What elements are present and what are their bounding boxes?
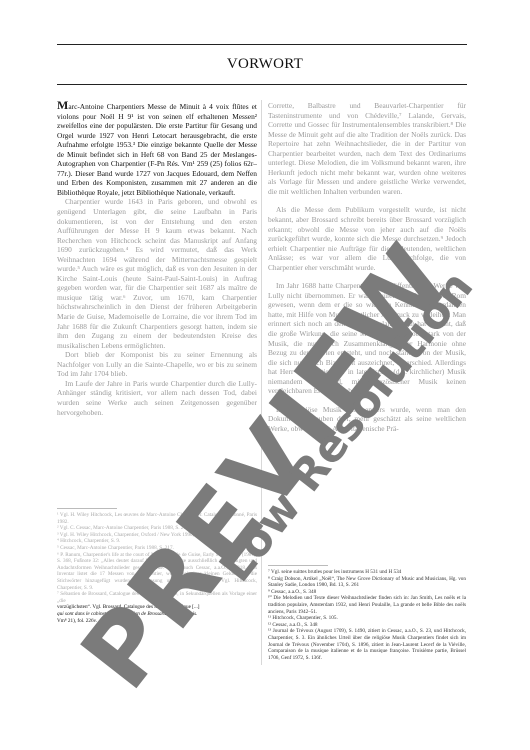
footnote: ⁸ Craig Dobson, Artikel „Noël“, The New … (268, 576, 466, 589)
paragraph-1: Corrette, Balbastre und Beauvarlet-Charp… (268, 101, 466, 196)
right-text-column: Corrette, Balbastre und Beauvarlet-Charp… (268, 101, 466, 434)
paragraph-3: Im Jahr 1688 hatte Charpentier die veröf… (268, 281, 466, 396)
footnote-separator (57, 508, 117, 509)
footnote-tail: qui sont dans le cabinet du Sr Sebastien… (57, 611, 257, 618)
footnote: ⁷ Sébastien de Brossard, Catalogue des l… (57, 591, 257, 604)
footnote: ⁵ Cessac, Marc-Antoine Charpentier, Pari… (57, 545, 257, 552)
footnote: ⁴ Hitchcock, Charpentier, S. 9. (57, 538, 257, 545)
title-top-rule (57, 44, 467, 45)
document-page: VORWORT Marc-Antoine Charpentiers Messe … (0, 0, 530, 750)
paragraph-4: Die religiöse Musik Charpentiers wurde, … (268, 405, 466, 434)
drop-cap: M (57, 98, 68, 112)
paragraph-1: Marc-Antoine Charpentiers Messe de Minui… (57, 101, 257, 197)
footnote-tail: vorzüglichsten“. Vgl. Brossard, Catalogu… (57, 604, 257, 611)
footnote: ² Vgl. C. Cessac, Marc-Antoine Charpenti… (57, 525, 257, 532)
footnote: ⁶ P. Ranum, Charpentier's life at the co… (57, 552, 257, 592)
paragraph-3: Dort blieb der Komponist bis zu seiner E… (57, 350, 257, 379)
column-divider (261, 100, 262, 665)
footnote: ³ Vgl. H. Wiley Hitchcock, Charpentier, … (57, 532, 257, 539)
footnote: ¹ Vgl. H. Wiley Hitchcock, Les œuvres de… (57, 512, 257, 525)
right-footnotes: ⁷ Vgl. seine suittes brutles pour les in… (268, 565, 466, 661)
left-text-column: Marc-Antoine Charpentiers Messe de Minui… (57, 101, 257, 417)
footnote: ¹³ Journal de Trévoux (August 1709), S. … (268, 628, 466, 661)
footnote: ¹¹ Hitchcock, Charpentier, S. 105. (268, 615, 466, 622)
title-bottom-rule (57, 84, 467, 85)
left-footnotes: ¹ Vgl. H. Wiley Hitchcock, Les œuvres de… (57, 508, 257, 624)
footnote: ¹⁰ Die Melodien und Texte dieser Weihnac… (268, 595, 466, 615)
footnote-tail: Vm⁸ 21), fol. 226v. (57, 618, 257, 625)
paragraph-2: Als die Messe dem Publikum vorgestellt w… (268, 205, 466, 272)
paragraph-4: Im Laufe der Jahre in Paris wurde Charpe… (57, 379, 257, 417)
footnote-separator (268, 565, 328, 566)
page-title: VORWORT (0, 56, 530, 73)
paragraph-2: Charpentier wurde 1643 in Paris geboren,… (57, 197, 257, 350)
footnote: ⁷ Vgl. seine suittes brutles pour les in… (268, 569, 466, 576)
